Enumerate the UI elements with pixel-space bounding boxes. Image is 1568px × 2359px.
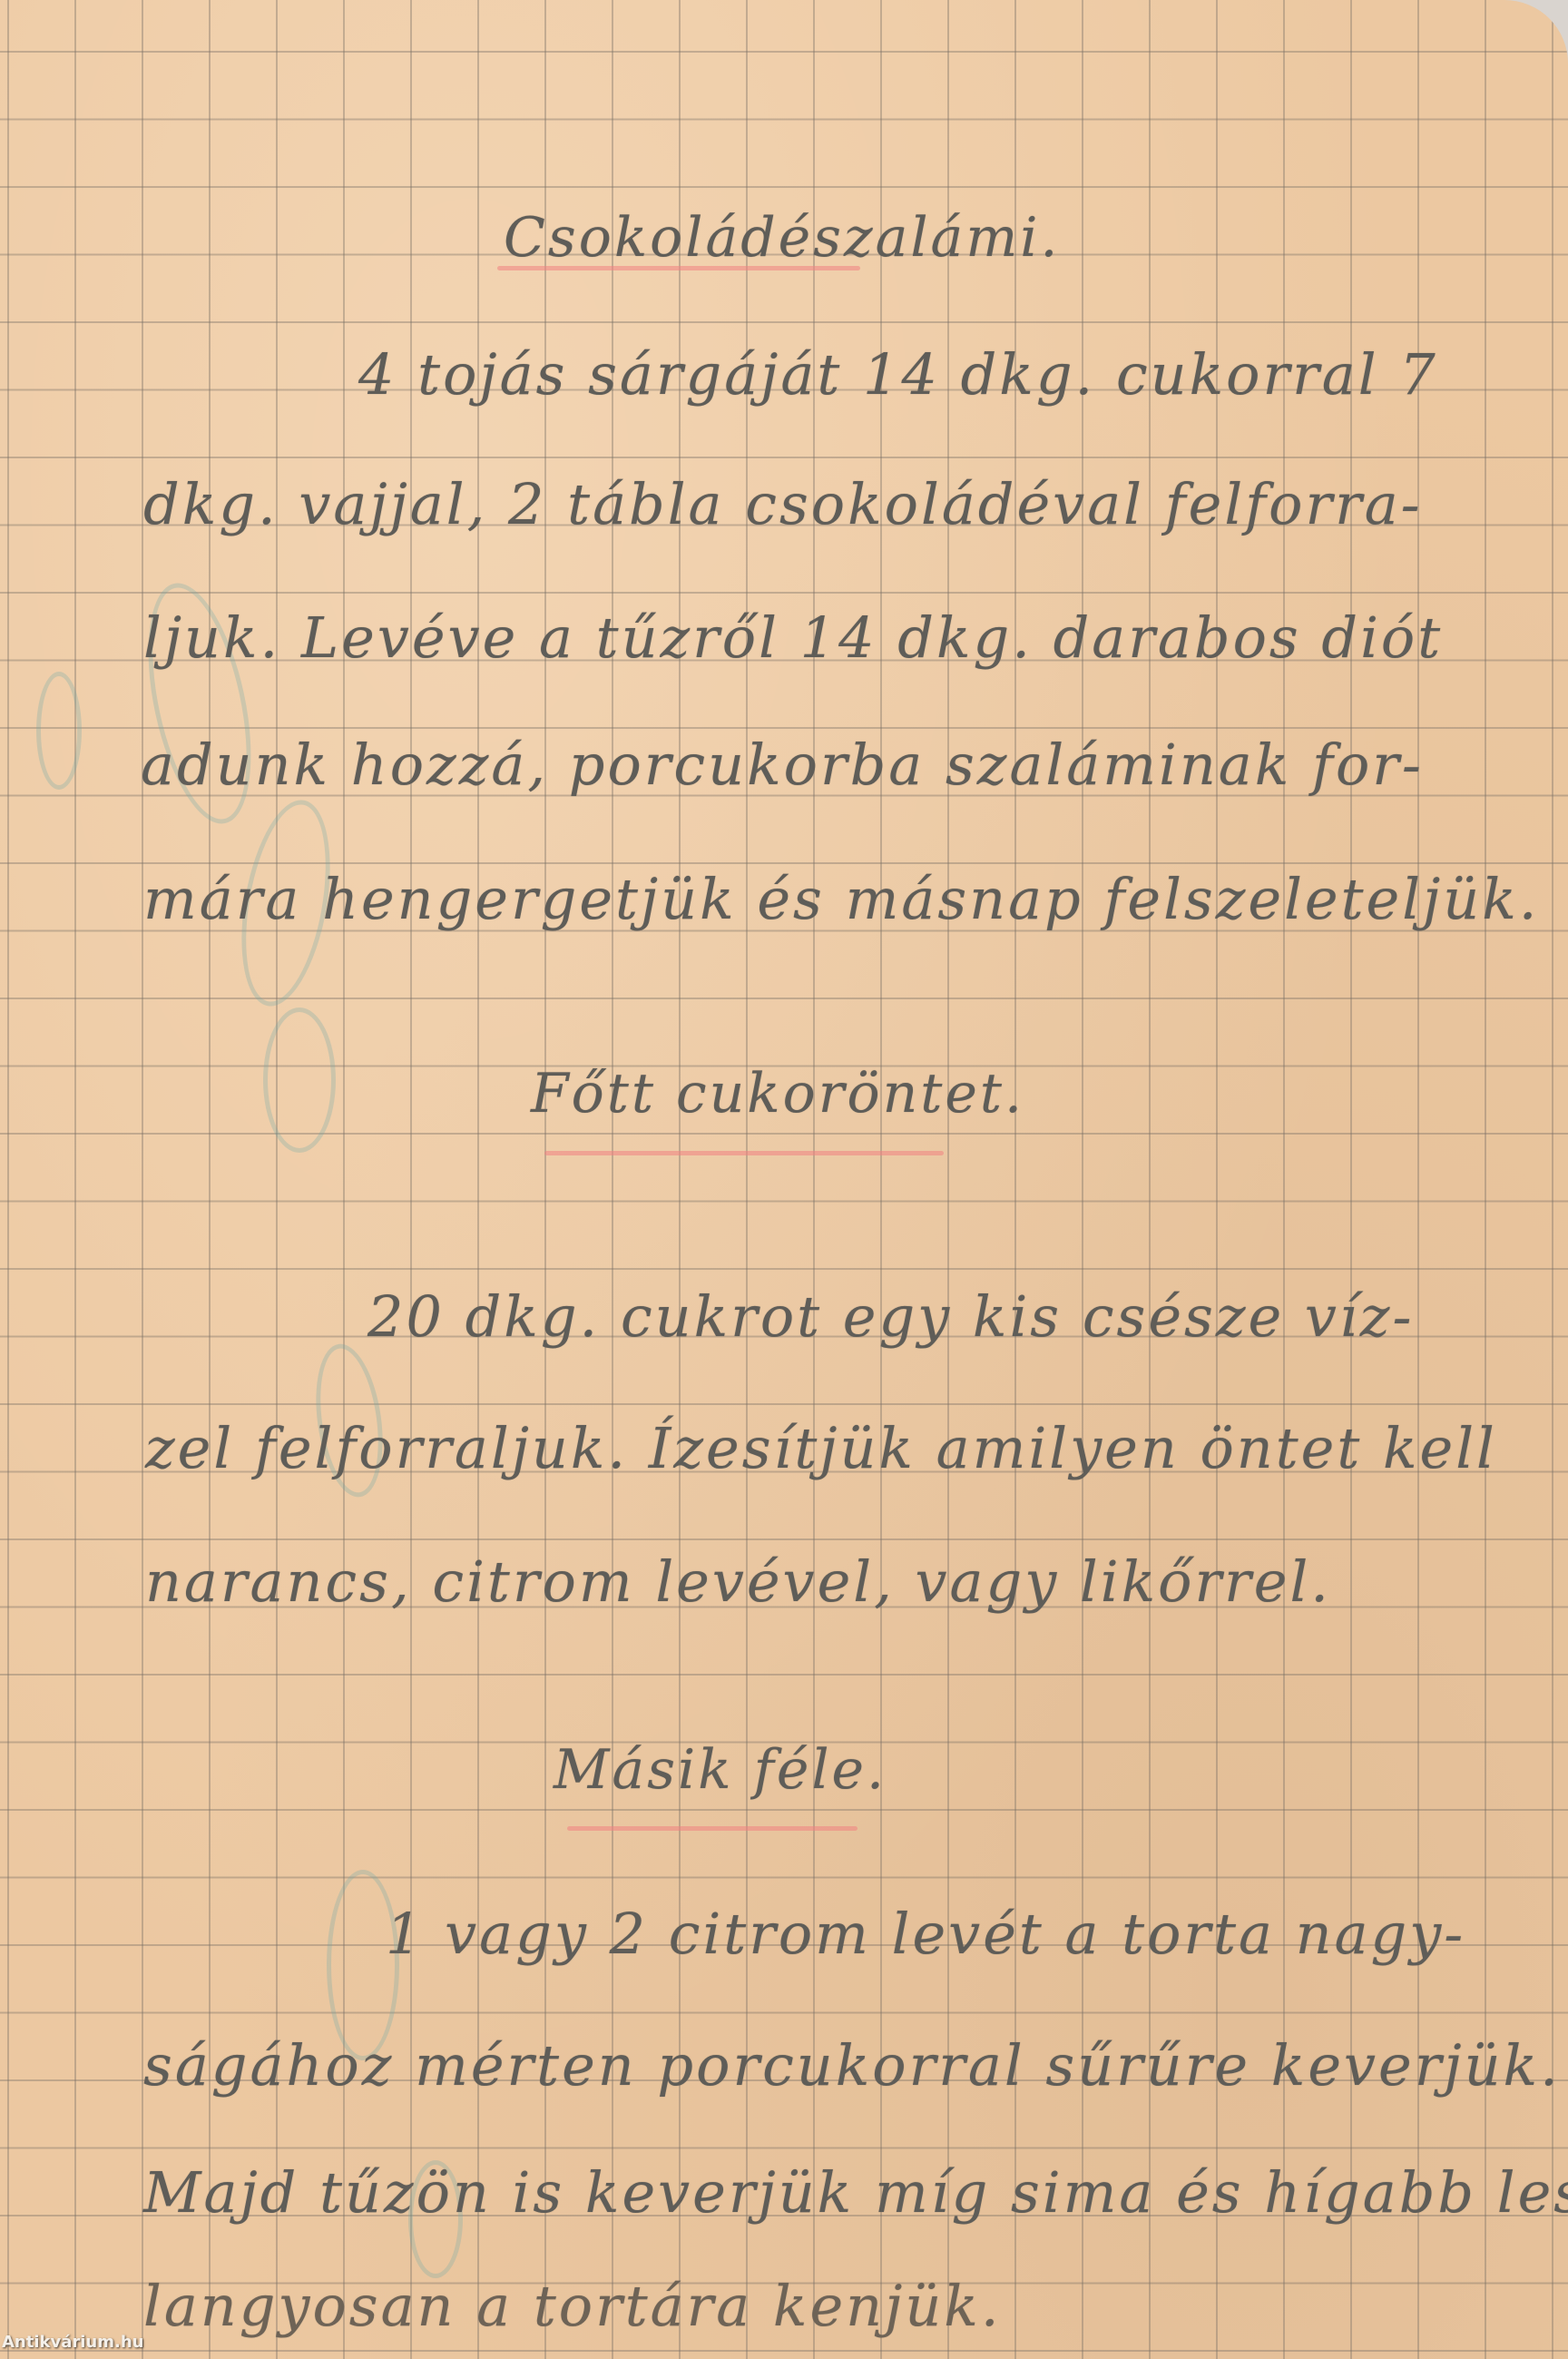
recipe-title: Másik féle. xyxy=(554,1743,887,1797)
recipe-line: ljuk. Levéve a tűzről 14 dkg. darabos di… xyxy=(143,610,1443,666)
title-underline xyxy=(544,1151,944,1155)
recipe-title: Főtt cukoröntet. xyxy=(531,1066,1024,1121)
recipe-line: 4 tojás sárgáját 14 dkg. cukorral 7 xyxy=(358,347,1438,403)
notebook-page: Csokoládészalámi. 4 tojás sárgáját 14 dk… xyxy=(0,0,1568,2359)
ink-bleed-mark xyxy=(36,672,82,790)
recipe-line: narancs, citrom levével, vagy likőrrel. xyxy=(145,1554,1331,1610)
recipe-line: langyosan a tortára kenjük. xyxy=(143,2278,1002,2334)
recipe-line: 1 vagy 2 citrom levét a torta nagy- xyxy=(386,1906,1465,1962)
title-underline xyxy=(567,1826,857,1831)
recipe-line: zel felforraljuk. Ízesítjük amilyen önte… xyxy=(145,1420,1497,1477)
recipe-line: adunk hozzá, porcukorba szaláminak for- xyxy=(141,737,1424,793)
recipe-line: dkg. vajjal, 2 tábla csokoládéval felfor… xyxy=(143,477,1423,533)
recipe-line: mára hengergetjük és másnap felszeletelj… xyxy=(143,871,1539,928)
title-underline xyxy=(497,266,860,270)
recipe-line: Majd tűzön is keverjük míg sima és hígab… xyxy=(143,2165,1568,2221)
recipe-title: Csokoládészalámi. xyxy=(504,211,1060,265)
recipe-line: 20 dkg. cukrot egy kis csésze víz- xyxy=(367,1289,1414,1345)
ink-bleed-mark xyxy=(263,1007,336,1153)
recipe-line: ságához mérten porcukorral sűrűre keverj… xyxy=(143,2038,1561,2094)
watermark: Antikvárium.hu xyxy=(2,2333,143,2352)
